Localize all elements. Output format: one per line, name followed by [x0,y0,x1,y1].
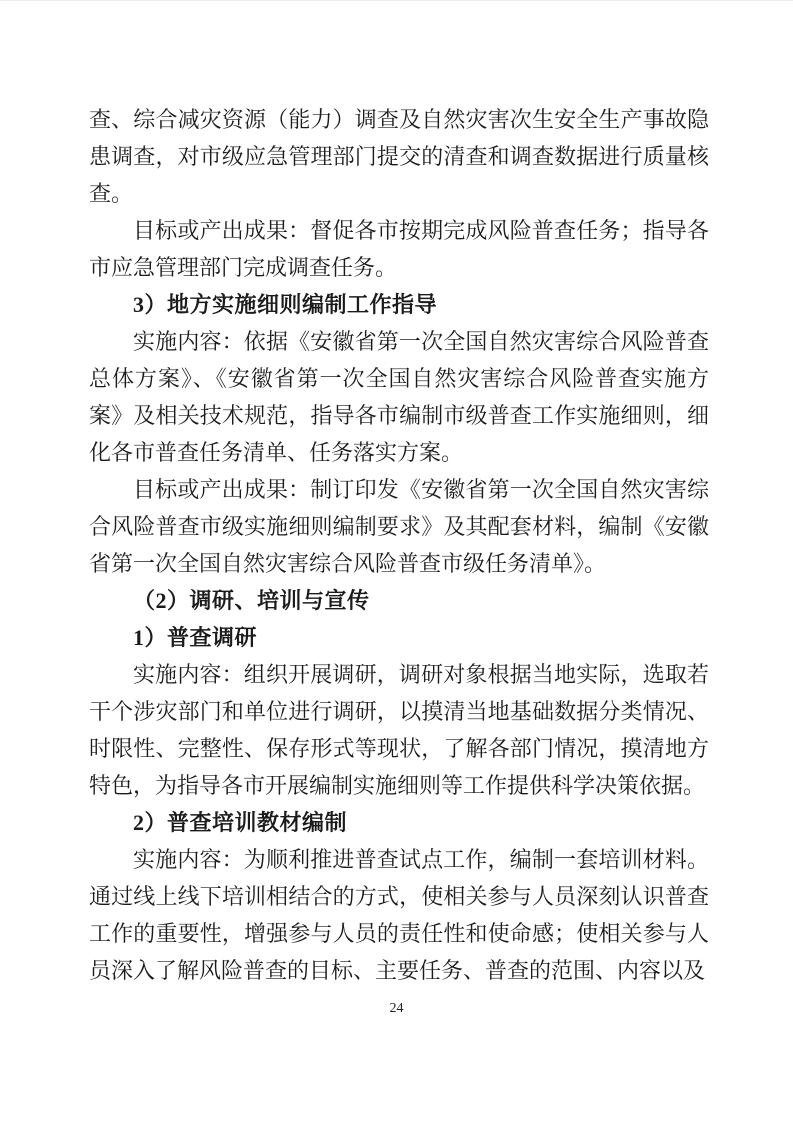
section-heading: （2）调研、培训与宣传 [89,582,709,619]
document-page: 查、综合减灾资源（能力）调查及自然灾害次生安全生产事故隐患调查，对市级应急管理部… [0,0,793,1122]
section-heading: 3）地方实施细则编制工作指导 [89,286,709,323]
body-paragraph: 实施内容：组织开展调研，调研对象根据当地实际，选取若干个涉灾部门和单位进行调研，… [89,656,709,804]
body-paragraph: 目标或产出成果：制订印发《安徽省第一次全国自然灾害综合风险普查市级实施细则编制要… [89,471,709,582]
page-number: 24 [0,999,793,1019]
body-paragraph: 实施内容：依据《安徽省第一次全国自然灾害综合风险普查总体方案》、《安徽省第一次全… [89,323,709,471]
body-paragraph: 实施内容：为顺利推进普查试点工作，编制一套培训材料。通过线上线下培训相结合的方式… [89,841,709,989]
section-heading: 1）普查调研 [89,619,709,656]
body-paragraph: 查、综合减灾资源（能力）调查及自然灾害次生安全生产事故隐患调查，对市级应急管理部… [89,101,709,212]
body-paragraph: 目标或产出成果：督促各市按期完成风险普查任务；指导各市应急管理部门完成调查任务。 [89,212,709,286]
document-body: 查、综合减灾资源（能力）调查及自然灾害次生安全生产事故隐患调查，对市级应急管理部… [89,101,709,989]
section-heading: 2）普查培训教材编制 [89,804,709,841]
